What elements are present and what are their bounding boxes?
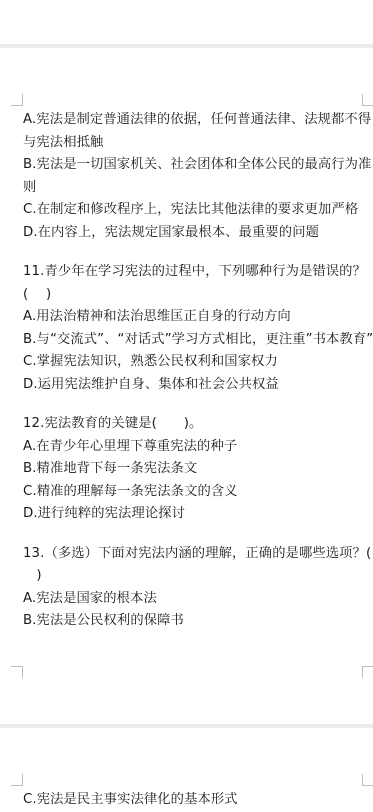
crop-mark-bottom-right [362, 666, 373, 678]
q11-option-a: A.用法治精神和法治思维匡正自身的行动方向 [23, 306, 363, 329]
q13-question-line-1: 13.（多选）下面对宪法内涵的理解，正确的是哪些选项？( [23, 543, 363, 566]
page-separator-bottom [0, 724, 373, 728]
question-12: 12.宪法教育的关键是( )。 A.在青少年心里埋下尊重宪法的种子 B.精准地背… [23, 413, 363, 526]
q10-option-d: D.在内容上，宪法规定国家最根本、最重要的问题 [23, 222, 363, 245]
q10-option-d-line-1: D.在内容上，宪法规定国家最根本、最重要的问题 [23, 222, 363, 245]
q10-option-a: A.宪法是制定普通法律的依据，任何普通法律、法规都不得 与宪法相抵触 [23, 109, 363, 154]
question-11: 11.青少年在学习宪法的过程中，下列哪种行为是错误的？ ( ) A.用法治精神和… [23, 261, 363, 396]
crop-mark-top-left [11, 94, 23, 106]
q11-option-b: B.与“交流式”、“对话式”学习方式相比，更注重”书本教育” [23, 329, 363, 352]
q12-option-c: C.精准的理解每一条宪法条文的含义 [23, 481, 363, 504]
q12-option-b: B.精准地背下每一条宪法条文 [23, 458, 363, 481]
crop-mark-page2-top-left [11, 774, 23, 786]
question-spacer [23, 396, 363, 413]
q10-option-b-line-1: B.宪法是一切国家机关、社会团体和全体公民的最高行为准 [23, 154, 363, 177]
page-separator-top [0, 44, 373, 48]
question-13: 13.（多选）下面对宪法内涵的理解，正确的是哪些选项？( ) A.宪法是国家的根… [23, 543, 363, 633]
q11-option-d: D.运用宪法维护自身、集体和社会公共权益 [23, 374, 363, 397]
q13-question-line-2: ) [23, 565, 363, 588]
q13-option-b: B.宪法是公民权利的保障书 [23, 610, 363, 633]
crop-mark-bottom-left [11, 666, 23, 678]
crop-mark-top-right [362, 94, 373, 106]
q10-option-c-line-1: C.在制定和修改程序上，宪法比其他法律的要求更加严格 [23, 199, 363, 222]
q10-option-c: C.在制定和修改程序上，宪法比其他法律的要求更加严格 [23, 199, 363, 222]
q12-question: 12.宪法教育的关键是( )。 [23, 413, 363, 436]
q13-option-c: C.宪法是民主事实法律化的基本形式 [23, 789, 363, 812]
q11-option-c: C.掌握宪法知识，熟悉公民权利和国家权力 [23, 351, 363, 374]
q10-option-a-line-1: A.宪法是制定普通法律的依据，任何普通法律、法规都不得 [23, 109, 363, 132]
crop-mark-page2-top-right [362, 774, 373, 786]
q11-question-line-1: 11.青少年在学习宪法的过程中，下列哪种行为是错误的？ [23, 261, 363, 284]
page-1-content: A.宪法是制定普通法律的依据，任何普通法律、法规都不得 与宪法相抵触 B.宪法是… [23, 109, 363, 633]
q10-option-b: B.宪法是一切国家机关、社会团体和全体公民的最高行为准 则 [23, 154, 363, 199]
q10-option-a-line-2: 与宪法相抵触 [23, 132, 363, 155]
q12-option-d: D.进行纯粹的宪法理论探讨 [23, 503, 363, 526]
q12-option-a: A.在青少年心里埋下尊重宪法的种子 [23, 436, 363, 459]
q13-option-a: A.宪法是国家的根本法 [23, 588, 363, 611]
q11-question-line-2: ( ) [23, 284, 363, 307]
question-spacer [23, 526, 363, 543]
page-2-content: C.宪法是民主事实法律化的基本形式 [23, 789, 363, 812]
question-spacer [23, 244, 363, 261]
q10-option-b-line-2: 则 [23, 177, 363, 200]
